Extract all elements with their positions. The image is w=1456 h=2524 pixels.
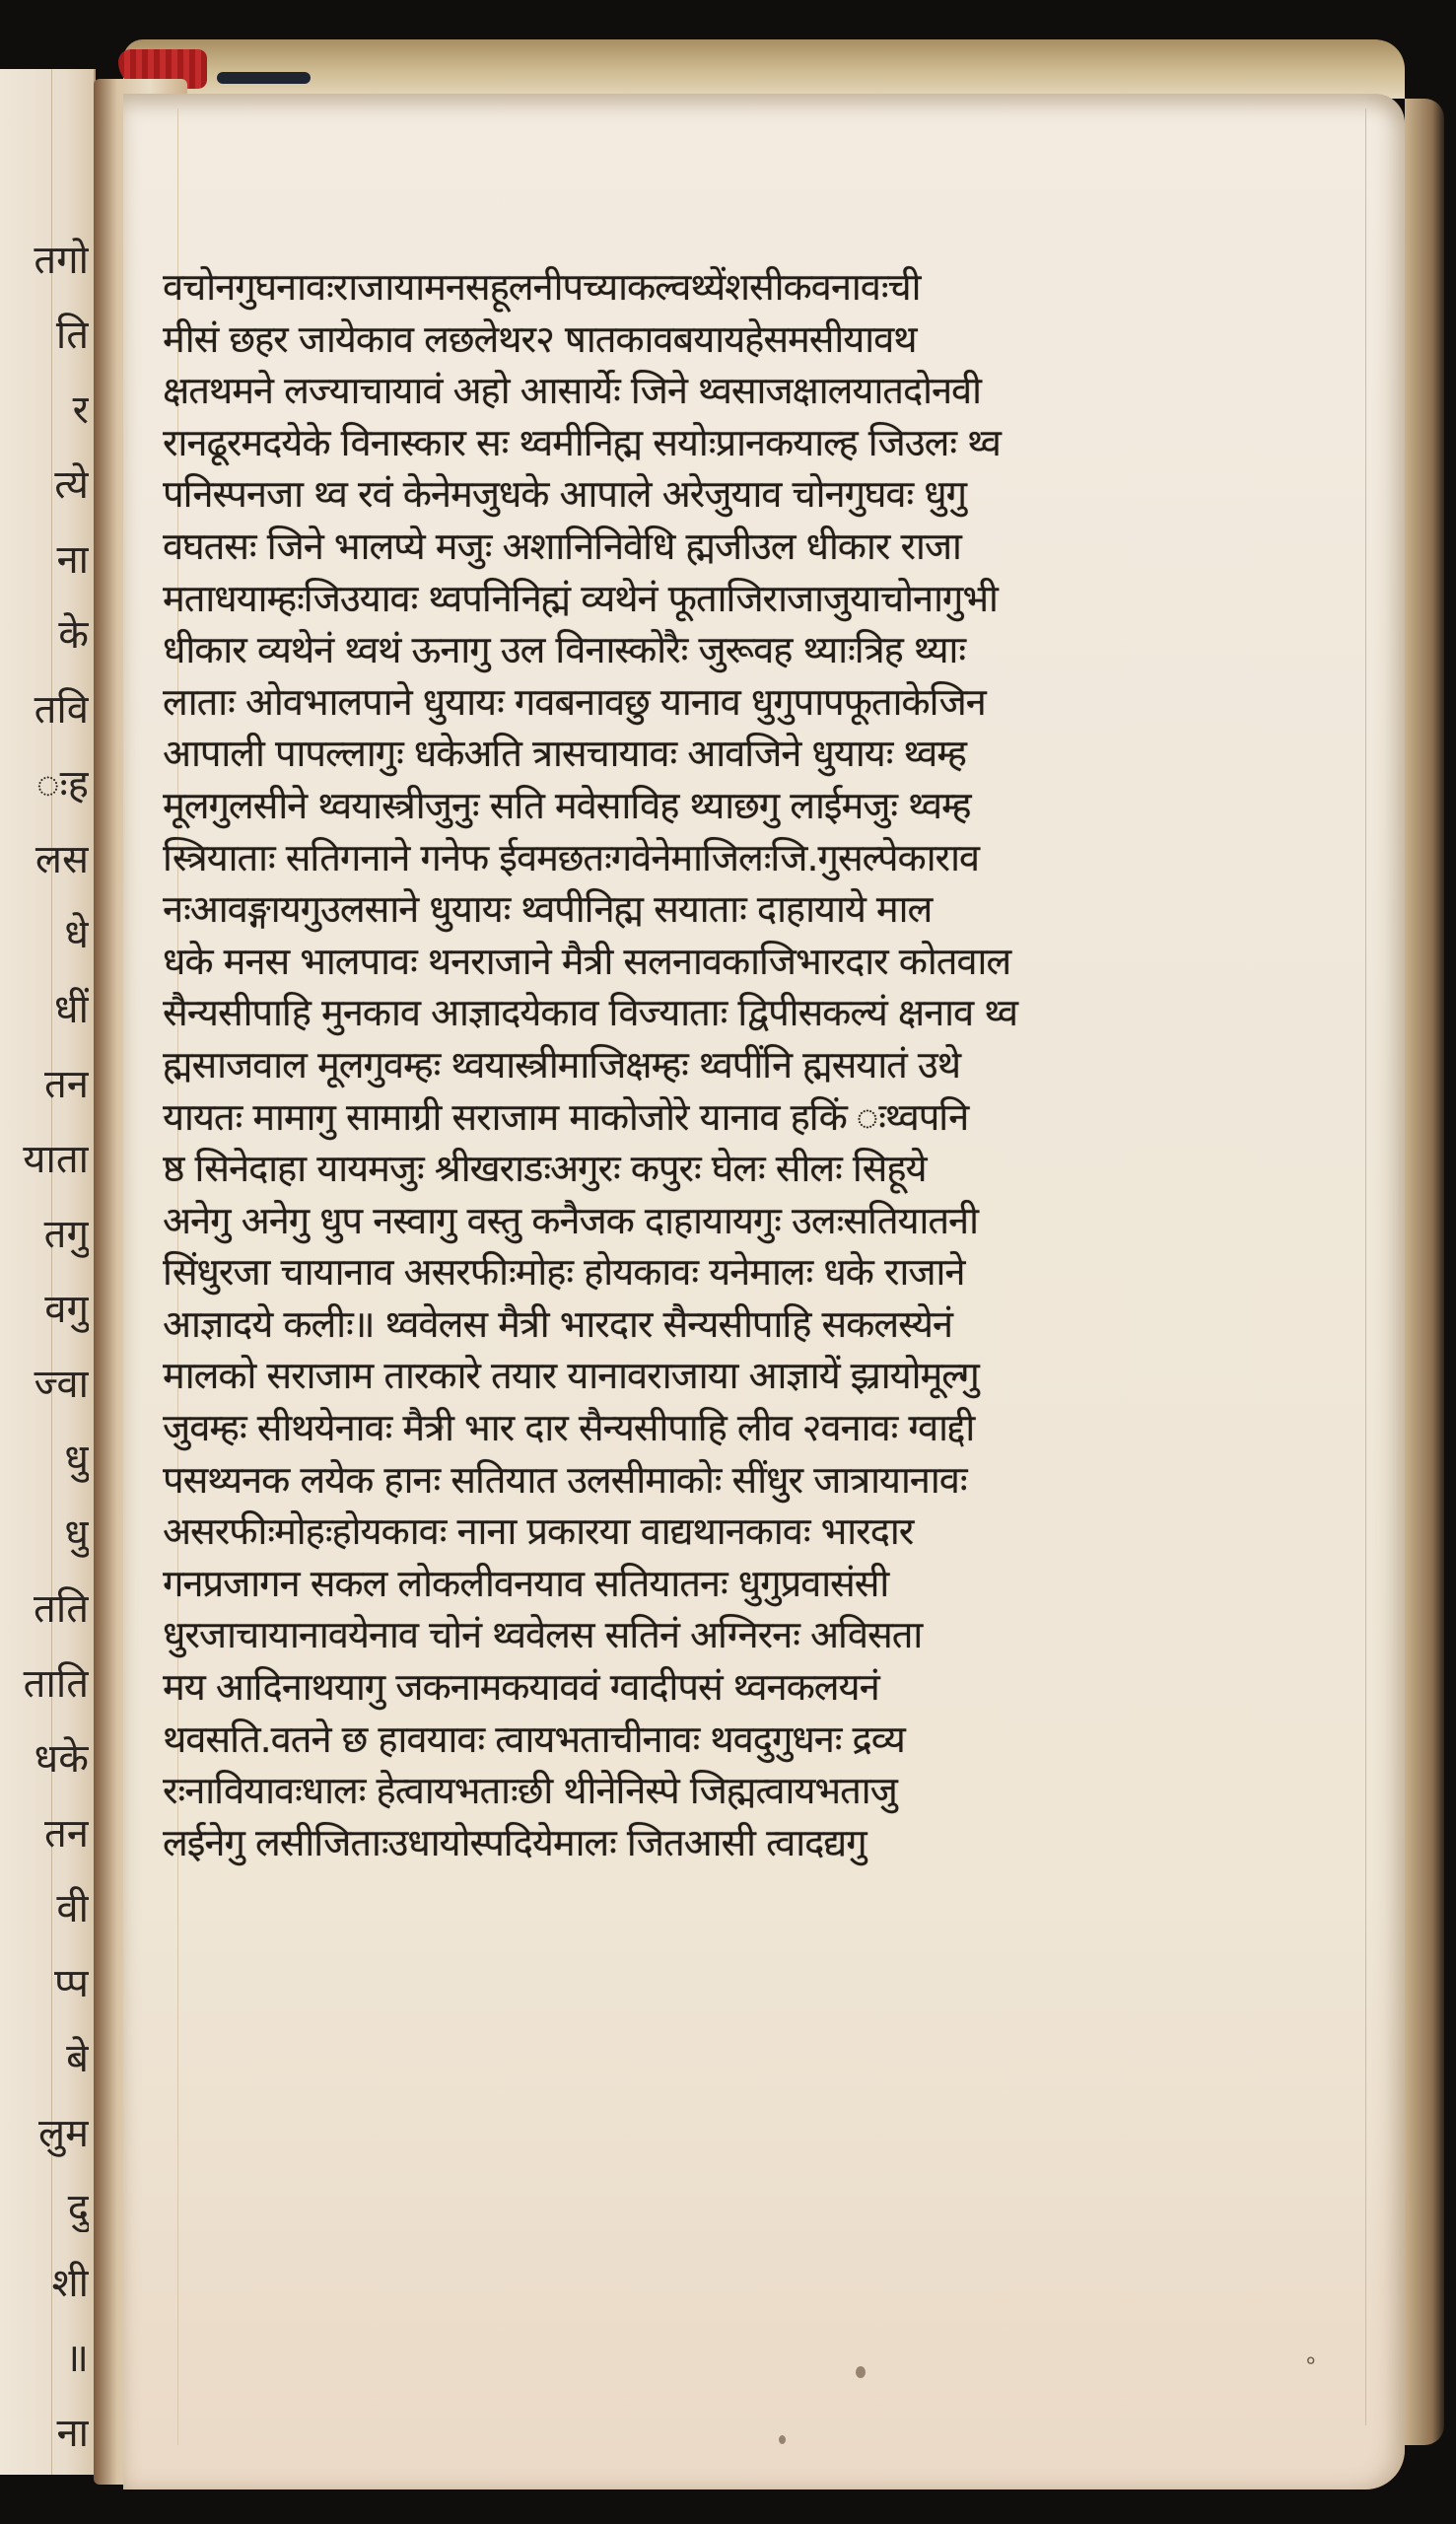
left-page-fragment: तगोतिरत्येनाकेतविःहलसधेधींतनयातातगुवगुज्… <box>0 69 96 2475</box>
left-page-line-fragment: प्प <box>0 1960 89 2007</box>
manuscript-text-block: वचोनगुघनावःराजायामनसहूलनीपच्याकल्वथ्येंश… <box>163 261 1360 1868</box>
left-page-line-fragment: ना <box>0 536 89 584</box>
left-page-line-fragment: लस <box>0 836 89 883</box>
manuscript-line: रःनावियावःधालः हेत्वायभताःछी थीनेनिस्पे … <box>163 1765 1360 1817</box>
page-mark: ० <box>1306 2349 1315 2372</box>
left-page-line-fragment: ताति <box>0 1660 89 1708</box>
manuscript-line: थवसति.वतने छ हावयावः त्वायभताचीनावः थवदु… <box>163 1714 1360 1766</box>
left-page-line-fragment: तति <box>0 1585 89 1633</box>
manuscript-line: ह्मसाजवाल मूलगुवम्हः थ्वयास्त्रीमाजिक्षम… <box>163 1039 1360 1091</box>
manuscript-line: लाताः ओवभालपाने धुयायः गवबनावछु यानाव धु… <box>163 676 1360 729</box>
left-page-line-fragment: तगो <box>0 237 89 284</box>
left-page-line-fragment: लुम <box>0 2110 89 2157</box>
left-page-line-fragment: धु <box>0 1436 89 1483</box>
manuscript-line: लईनेगु लसीजिताःउधायोस्पदियेमालः जितआसी त… <box>163 1817 1360 1869</box>
manuscript-line: अनेगु अनेगु धुप नस्वागु वस्तु कनैजक दाहा… <box>163 1195 1360 1247</box>
manuscript-line: ष्ठ सिनेदाहा यायमजुः श्रीखराडःअगुरः कपुर… <box>163 1143 1360 1195</box>
left-page-line-fragment: तन <box>0 1810 89 1858</box>
left-page-line-fragment: के <box>0 611 89 659</box>
manuscript-line: नःआवङ्गायगुउलसाने धुयायः थ्वपीनिह्म सयात… <box>163 883 1360 936</box>
manuscript-line: रानढूरमदयेके विनास्कार सः थ्वमीनिह्म सयो… <box>163 417 1360 469</box>
manuscript-line: वघतसः जिने भालप्ये मजुः अशानिनिवेधि ह्मज… <box>163 521 1360 573</box>
manuscript-line: मताधयाम्हःजिउयावः थ्वपनिनिह्मं व्यथेनं फ… <box>163 573 1360 625</box>
manuscript-line: आज्ञादये कलीः॥ थ्ववेलस मैत्री भारदार सैन… <box>163 1298 1360 1351</box>
left-page-line-fragment: वगु <box>0 1286 89 1333</box>
left-page-line-fragment: बे <box>0 2035 89 2082</box>
left-page-line-fragment: ॥ <box>0 2335 89 2382</box>
page-top-edge <box>123 39 1405 99</box>
manuscript-line: पसथ्यनक लयेक हानः सतियात उलसीमाकोः सींधु… <box>163 1454 1360 1507</box>
left-page-line-fragment: तन <box>0 1061 89 1108</box>
left-page-line-fragment: दु <box>0 2185 89 2232</box>
paper-stain <box>779 2435 786 2444</box>
manuscript-line: धीकार व्यथेनं थ्वथं ऊनागु उल विनास्कोरैः… <box>163 624 1360 676</box>
left-page-line-fragment: ःह <box>0 761 89 808</box>
manuscript-line: यायतः मामागु सामाग्री सराजाम माकोजोरे या… <box>163 1091 1360 1144</box>
manuscript-line: जुवम्हः सीथयेनावः मैत्री भार दार सैन्यसी… <box>163 1402 1360 1454</box>
manuscript-line: असरफीःमोहःहोयकावः नाना प्रकारया वाद्यथान… <box>163 1506 1360 1558</box>
left-page-line-fragment: धु <box>0 1510 89 1558</box>
left-page-line-fragment: तगु <box>0 1211 89 1258</box>
page-stack-edge <box>1405 99 1444 2445</box>
left-page-line-fragment: ज्वा <box>0 1361 89 1408</box>
right-margin-rule <box>1365 108 1366 2425</box>
manuscript-line: धके मनस भालपावः थनराजाने मैत्री सलनावकाज… <box>163 936 1360 988</box>
manuscript-line: मीसं छहर जायेकाव लछलेथर२ षातकावबयायहेसमस… <box>163 314 1360 366</box>
left-page-line-fragment: र <box>0 386 89 434</box>
manuscript-line: मूलगुलसीने थ्वयास्त्रीजुनुः सति मवेसाविह… <box>163 780 1360 832</box>
manuscript-line: स्त्रियाताः सतिगनाने गनेफ ईवमछतःगवेनेमाज… <box>163 832 1360 884</box>
left-page-line-fragment: वी <box>0 1885 89 1932</box>
left-page-line-fragment: तवि <box>0 686 89 734</box>
left-page-line-fragment: ना <box>0 2410 89 2457</box>
manuscript-line: आपाली पापल्लागुः धकेअति त्रासचायावः आवजि… <box>163 728 1360 780</box>
left-page-line-fragment: त्ये <box>0 461 89 509</box>
paper-stain <box>856 2366 866 2378</box>
left-page-line-fragment: ति <box>0 312 89 359</box>
manuscript-line: मय आदिनाथयागु जकनामकयाववं ग्वादीपसं थ्वन… <box>163 1661 1360 1714</box>
manuscript-line: वचोनगुघनावःराजायामनसहूलनीपच्याकल्वथ्येंश… <box>163 261 1360 314</box>
left-page-line-fragment: शी <box>0 2260 89 2307</box>
ink-stain <box>217 72 311 84</box>
left-page-line-fragment: धके <box>0 1735 89 1783</box>
manuscript-line: सैन्यसीपाहि मुनकाव आज्ञादयेकाव विज्याताः… <box>163 987 1360 1039</box>
manuscript-line: सिंधुरजा चायानाव असरफीःमोहः होयकावः यनेम… <box>163 1246 1360 1298</box>
manuscript-line: धुरजाचायानावयेनाव चोनं थ्ववेलस सतिनं अग्… <box>163 1609 1360 1661</box>
manuscript-line: क्षतथमने लज्याचायावं अहो आसार्येः जिने थ… <box>163 365 1360 417</box>
left-page-line-fragment: याता <box>0 1136 89 1183</box>
left-page-line-fragment: धीं <box>0 986 89 1033</box>
manuscript-line: मालको सराजाम तारकारे तयार यानावराजाया आज… <box>163 1350 1360 1402</box>
left-page-line-fragment: धे <box>0 911 89 958</box>
manuscript-line: पनिस्पनजा थ्व रवं केनेमजुधके आपाले अरेजु… <box>163 468 1360 521</box>
manuscript-line: गनप्रजागन सकल लोकलीवनयाव सतियातनः धुगुप्… <box>163 1558 1360 1610</box>
